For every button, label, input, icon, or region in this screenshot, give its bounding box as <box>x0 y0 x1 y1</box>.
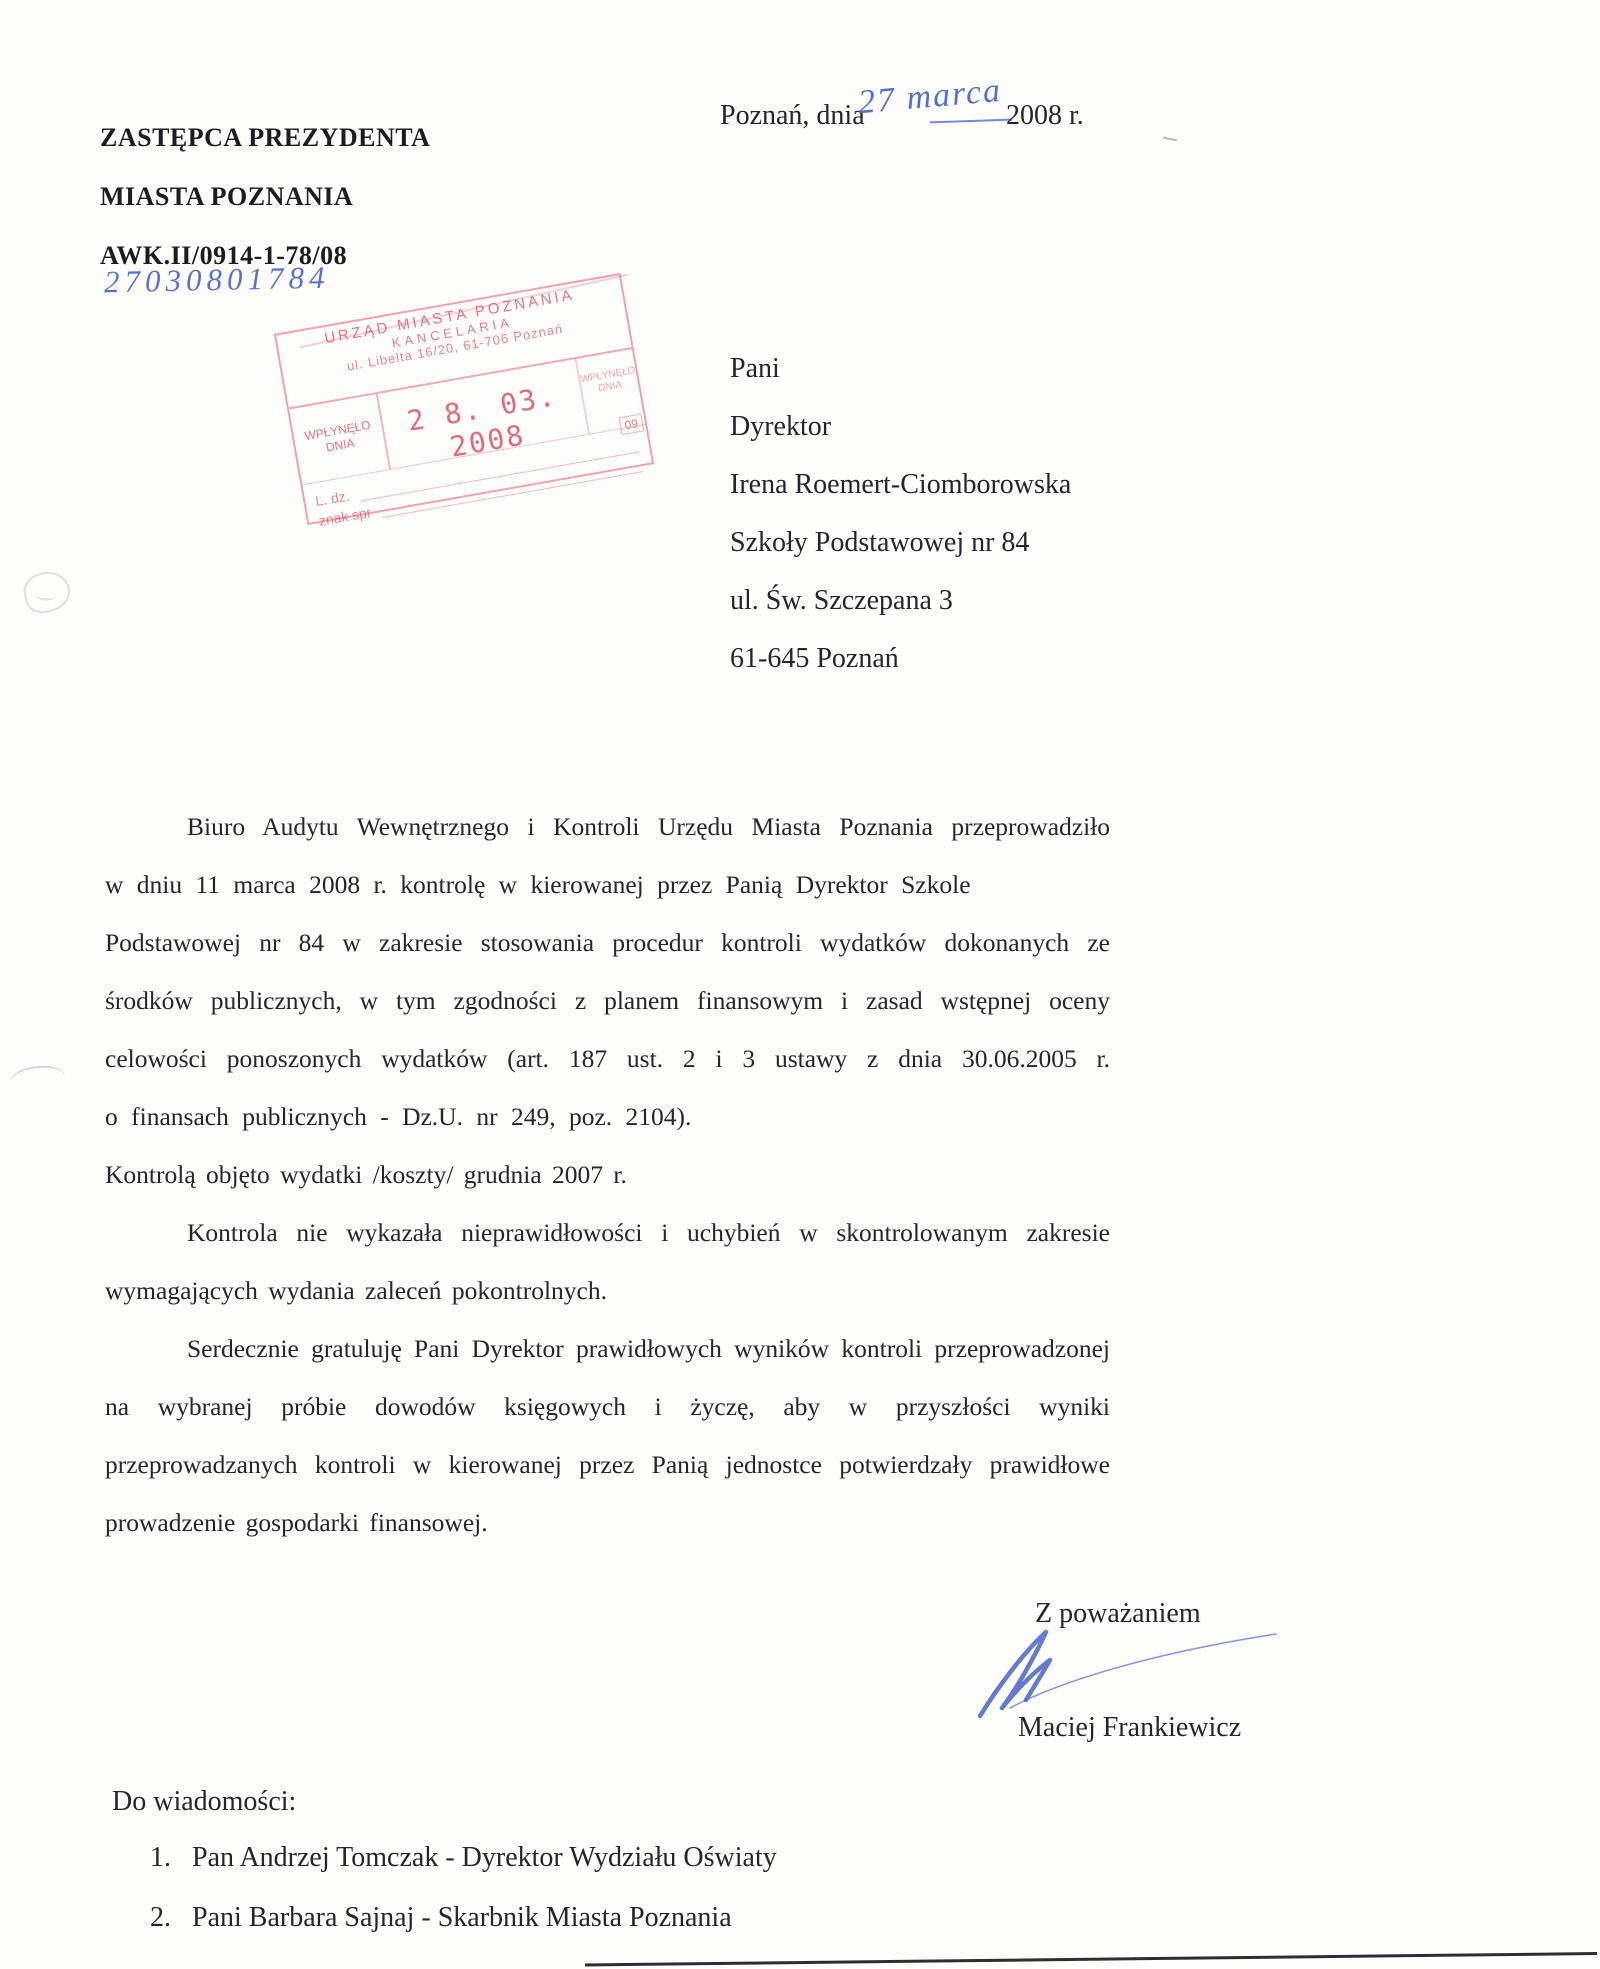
body-line: na wybranej próbie dowodów księgowych i … <box>105 1378 1110 1436</box>
recipient-name: Irena Roemert-Ciomborowska <box>730 456 1071 514</box>
handwritten-date: 27 marca <box>857 72 1004 122</box>
recipient-block: Pani Dyrektor Irena Roemert-Ciomborowska… <box>730 340 1071 688</box>
scan-smudge-artifact <box>20 567 74 617</box>
recipient-salutation: Pani <box>730 340 1071 398</box>
handwritten-pen-stroke <box>930 119 1012 124</box>
scan-smudge-artifact <box>9 1063 68 1097</box>
body-line: o finansach publicznych - Dz.U. nr 249, … <box>105 1088 1110 1146</box>
recipient-street: ul. Św. Szczepana 3 <box>730 572 1071 630</box>
scan-tick-artifact <box>1163 137 1177 142</box>
dateline-city-label: Poznań, dnia <box>720 100 865 132</box>
cc-item: 2. Pani Barbara Sajnaj - Skarbnik Miasta… <box>150 1902 732 1934</box>
body-line: Kontrola nie wykazała nieprawidłowości i… <box>105 1204 1110 1262</box>
body-line: środków publicznych, w tym zgodności z p… <box>105 972 1110 1030</box>
stamp-number-box: 09 <box>618 413 644 435</box>
letter-body: Biuro Audytu Wewnętrznego i Kontroli Urz… <box>105 798 1110 1552</box>
handwritten-registry-number: 27030801784 <box>104 260 330 301</box>
intake-stamp: URZĄD MIASTA POZNANIA KANCELARIA ul. Lib… <box>274 273 654 525</box>
recipient-role: Dyrektor <box>730 398 1071 456</box>
signer-name: Maciej Frankiewicz <box>1018 1712 1241 1744</box>
cc-item: 1. Pan Andrzej Tomczak - Dyrektor Wydzia… <box>150 1842 777 1874</box>
cc-item-text: Pan Andrzej Tomczak - Dyrektor Wydziału … <box>192 1842 777 1874</box>
sender-title-line1: ZASTĘPCA PREZYDENTA <box>100 108 430 167</box>
cc-item-number: 1. <box>150 1842 192 1874</box>
body-line: Serdecznie gratuluję Pani Dyrektor prawi… <box>105 1320 1110 1378</box>
body-line: wymagających wydania zaleceń pokontrolny… <box>105 1262 1110 1320</box>
body-line: Biuro Audytu Wewnętrznego i Kontroli Urz… <box>105 798 1110 856</box>
dateline-year-label: 2008 r. <box>1006 100 1084 132</box>
body-line: prowadzenie gospodarki finansowej. <box>105 1494 1110 1552</box>
stamp-received-label-left: WPŁYNĘŁO DNIA <box>289 394 391 484</box>
sender-title-line2: MIASTA POZNANIA <box>100 167 430 226</box>
recipient-institution: Szkoły Podstawowej nr 84 <box>730 514 1071 572</box>
cc-item-text: Pani Barbara Sajnaj - Skarbnik Miasta Po… <box>192 1902 732 1934</box>
body-line: Podstawowej nr 84 w zakresie stosowania … <box>105 914 1110 972</box>
body-line: Kontrolą objęto wydatki /koszty/ grudnia… <box>105 1146 1110 1204</box>
body-line: celowości ponoszonych wydatków (art. 187… <box>105 1030 1110 1088</box>
cc-heading: Do wiadomości: <box>112 1786 296 1818</box>
scanned-letter-page: ZASTĘPCA PREZYDENTA MIASTA POZNANIA AWK.… <box>0 0 1600 1969</box>
body-line: w dniu 11 marca 2008 r. kontrolę w kiero… <box>105 856 1110 914</box>
sender-block: ZASTĘPCA PREZYDENTA MIASTA POZNANIA AWK.… <box>100 108 430 285</box>
scan-edge-line <box>585 1952 1597 1966</box>
stamp-znak-label: znak spr <box>318 504 373 529</box>
recipient-city: 61-645 Poznań <box>730 630 1071 688</box>
cc-item-number: 2. <box>150 1902 192 1934</box>
body-line: przeprowadzanych kontroli w kierowanej p… <box>105 1436 1110 1494</box>
